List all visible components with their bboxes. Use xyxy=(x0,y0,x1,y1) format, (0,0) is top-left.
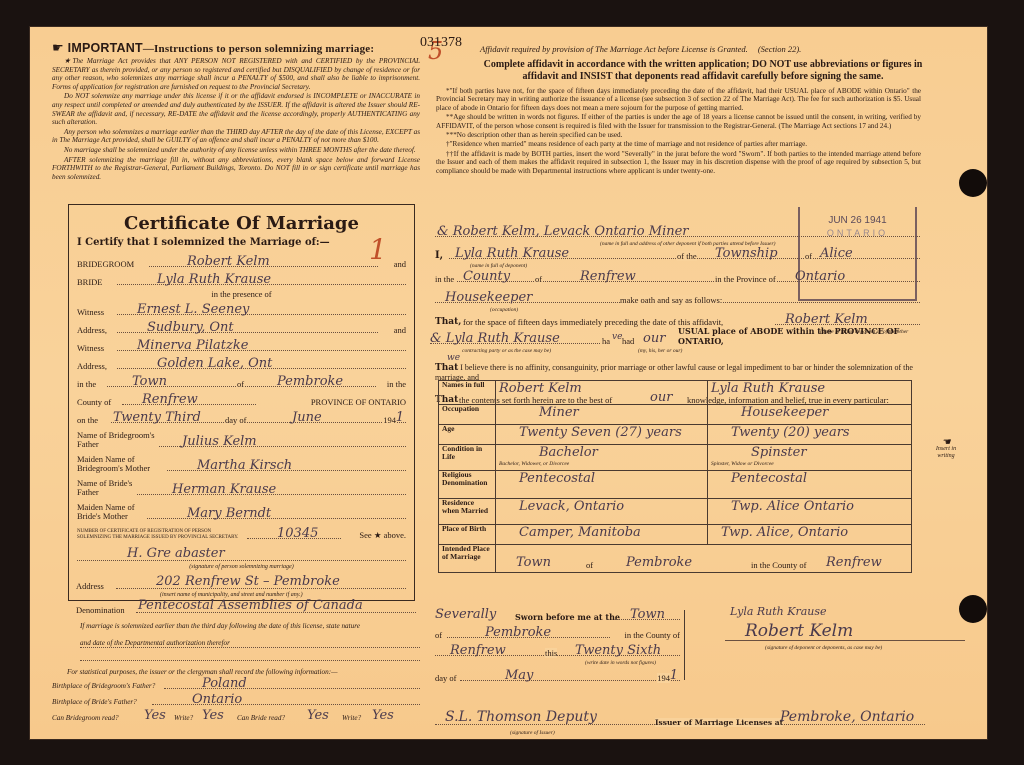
of-the-label: of the xyxy=(677,251,697,261)
that-label: That, xyxy=(435,317,461,327)
that-abode-row: That, for the space of fifteen days imme… xyxy=(435,311,920,327)
jurat-year-suffix-value: 1 xyxy=(670,668,678,683)
pointing-hand-icon: ☚ xyxy=(928,439,964,446)
jurat-place-value: Pembroke xyxy=(485,625,551,640)
bride-signature: Lyla Ruth Krause xyxy=(730,605,827,618)
witness2-label: Witness xyxy=(77,343,104,353)
groom-father-birthplace-value: Poland xyxy=(202,676,247,691)
row-label: Intended Place of Marriage xyxy=(439,545,496,573)
of-label: of xyxy=(237,379,244,389)
instruction-paragraph: ★The Marriage Act provides that ANY PERS… xyxy=(52,57,420,91)
deponent-value: Lyla Ruth Krause xyxy=(455,246,569,261)
bride-cell: Twp. Alice Ontario xyxy=(708,499,912,525)
denomination-row: Denomination Pentecostal Assemblies of C… xyxy=(76,597,416,615)
contracting-party-caption: contracting party or as the case may be) xyxy=(462,347,551,356)
on-the-label: on the xyxy=(77,415,98,425)
marriage-day-value: Twenty Third xyxy=(113,410,201,425)
issuer-signature-caption: (signature of Issuer) xyxy=(510,729,555,738)
address2-label: Address, xyxy=(77,361,107,371)
important-subheading: —Instructions to person solemnizing marr… xyxy=(143,43,374,55)
affidavit-heading-row: Affidavit required by provision of The M… xyxy=(480,44,801,54)
instruction-paragraph: AFTER solemnizing the marriage fill in, … xyxy=(52,156,420,182)
complete-line1: Complete affidavit in accordance with th… xyxy=(438,59,968,71)
bride-condition-value: Spinster xyxy=(751,445,807,460)
day-of-label: day of xyxy=(225,415,246,425)
instruction-paragraph: Any person who solemnizes a marriage ear… xyxy=(52,128,420,145)
section-reference: (Section 22). xyxy=(758,44,801,54)
groom-read-value: Yes xyxy=(144,708,166,723)
bridegroom-value: Robert Kelm xyxy=(187,254,270,269)
early-note-line2: and date of the Departmental authorizati… xyxy=(80,639,230,647)
certificate-title: Certificate Of Marriage xyxy=(69,213,414,234)
groom-condition-value: Bachelor xyxy=(539,445,598,460)
groom-read-label: Can Bridegroom read? xyxy=(52,714,119,723)
deponent-signature-caption: (signature of deponent or deponents, as … xyxy=(765,644,882,653)
note-paragraph: ††If the affidavit is made by BOTH parti… xyxy=(436,150,921,175)
table-row: Occupation Miner Housekeeper xyxy=(439,405,912,425)
bride-cell: Lyla Ruth Krause xyxy=(708,381,912,405)
complete-affidavit-instructions: Complete affidavit in accordance with th… xyxy=(438,59,968,83)
literacy-row: Can Bridegroom read? Yes Write? Yes Can … xyxy=(52,709,420,723)
of-label: of xyxy=(586,560,593,570)
bride-write-value: Yes xyxy=(372,708,394,723)
that-impediment-insert: we xyxy=(447,353,460,363)
province-label: in the Province of xyxy=(715,274,776,284)
location-county-value: Renfrew xyxy=(580,269,636,284)
county-label: in the County of xyxy=(625,630,680,640)
early-note-line2-row: and date of the Departmental authorizati… xyxy=(80,639,420,649)
deponent-township-name-value: Alice xyxy=(820,246,853,261)
punch-hole-bottom xyxy=(959,595,987,623)
table-row: Age Twenty Seven (27) years Twenty (20) … xyxy=(439,425,912,445)
groom-mother-value: Martha Kirsch xyxy=(197,458,292,473)
important-header: ☛ IMPORTANT—Instructions to person solem… xyxy=(52,39,422,57)
serial-number: 031378 xyxy=(420,35,462,51)
instruction-paragraph: Do NOT solemnize any marriage under this… xyxy=(52,92,420,126)
groom-write-value: Yes xyxy=(202,708,224,723)
jurat-county-value: Renfrew xyxy=(450,643,506,658)
ha-value: ve xyxy=(612,332,622,342)
had-value: our xyxy=(643,331,665,346)
in-the-label: in the xyxy=(77,379,96,389)
punch-hole-top xyxy=(959,169,987,197)
county-label: County of xyxy=(77,397,111,407)
row-label: Age xyxy=(439,425,496,445)
address1-label: Address, xyxy=(77,325,107,335)
groom-father-birthplace-row: Birthplace of Bridegroom's Father? Polan… xyxy=(52,677,420,691)
bride-mother-value: Mary Berndt xyxy=(187,506,271,521)
that-abode-row2: & Lyla Ruth Krause ha ve had our USUAL p… xyxy=(430,330,920,346)
issuer-row: S.L. Thomson Deputy Issuer of Marriage L… xyxy=(435,705,925,727)
county-value: Renfrew xyxy=(142,392,198,407)
and-label: and xyxy=(394,259,406,269)
occupation-row: Housekeeper make oath and say as follows… xyxy=(435,289,920,305)
other-deponent-value: & Robert Kelm, Levack Ontario Miner xyxy=(437,224,689,239)
bride-write-label: Write? xyxy=(342,714,361,723)
groom-cell: Pentecostal xyxy=(496,471,708,499)
deponent-signature-row: Robert Kelm xyxy=(725,621,965,643)
officiant-signature-caption: (signature of person solemnizing marriag… xyxy=(69,563,414,572)
this-label: this xyxy=(545,648,557,658)
bride-father-value: Herman Krause xyxy=(172,482,276,497)
address2-value: Golden Lake, Ont xyxy=(157,356,272,371)
groom-cell: Miner xyxy=(496,405,708,425)
groom-write-label: Write? xyxy=(174,714,193,723)
municipality-type-value: Town xyxy=(132,374,167,389)
instructions-block: ★The Marriage Act provides that ANY PERS… xyxy=(52,57,420,182)
groom-mother-row: Maiden Name of Bridegroom's Mother Marth… xyxy=(77,451,406,473)
that-abode-name2-value: & Lyla Ruth Krause xyxy=(430,331,560,346)
marriage-month-value: June xyxy=(292,410,322,425)
deponent-township-value: Township xyxy=(715,246,778,261)
bride-row: BRIDE Lyla Ruth Krause xyxy=(77,271,406,287)
groom-names-value: Robert Kelm xyxy=(499,381,582,396)
bride-mother-label: Maiden Name of Bride's Mother xyxy=(77,503,147,521)
jurat-month-value: May xyxy=(505,668,533,683)
row-label: Place of Birth xyxy=(439,525,496,545)
intended-place-cell: Town of Pembroke in the County of Renfre… xyxy=(496,545,912,573)
denomination-value: Pentecostal Assemblies of Canada xyxy=(138,598,363,613)
bride-occupation-value: Housekeeper xyxy=(741,405,828,420)
occupation-value: Housekeeper xyxy=(445,290,532,305)
table-row: Residence when Married Levack, Ontario T… xyxy=(439,499,912,525)
intended-place-value: Pembroke xyxy=(626,555,692,570)
officiant-address-value: 202 Renfrew St – Pembroke xyxy=(156,574,340,589)
usual-abode-label: USUAL place of ABODE within the PROVINCE… xyxy=(678,326,920,346)
table-row: Intended Place of Marriage Town of Pembr… xyxy=(439,545,912,573)
of-label: of xyxy=(805,251,812,261)
see-above-label: See ★ above. xyxy=(359,530,406,541)
location-county-type-value: County xyxy=(463,269,510,284)
bride-age-value: Twenty (20) years xyxy=(731,425,850,440)
row-label: Residence when Married xyxy=(439,499,496,525)
jurat-of-row: of Pembroke in the County of xyxy=(435,624,680,640)
officiant-address-label: Address xyxy=(76,581,104,591)
witness1-row: Witness Ernest L. Seeney xyxy=(77,301,406,317)
and-label: and xyxy=(394,325,406,335)
marriage-date-row: on the Twenty Third day of June 194 1 xyxy=(77,409,406,425)
groom-cell: Robert Kelm xyxy=(496,381,708,405)
row-label: Religious Denomination xyxy=(439,471,496,499)
of-label: of xyxy=(535,274,542,284)
note-paragraph: ***No description other than as herein s… xyxy=(436,131,921,139)
bride-label: BRIDE xyxy=(77,277,103,287)
table-row: Place of Birth Camper, Manitoba Twp. Ali… xyxy=(439,525,912,545)
year-prefix: 194 xyxy=(383,415,396,425)
address1-row: Address, Sudbury, Ont and xyxy=(77,319,406,335)
registration-label: NUMBER OF CERTIFICATE OF REGISTRATION OF… xyxy=(77,529,242,541)
bride-father-birthplace-value: Ontario xyxy=(192,692,242,707)
issuer-signature: S.L. Thomson Deputy xyxy=(445,709,597,725)
jurat-divider xyxy=(684,610,685,680)
early-marriage-note: If marriage is solemnized earlier than t… xyxy=(80,622,420,661)
deponent-prefix: I, xyxy=(435,250,443,261)
in-the-label: in the xyxy=(435,274,454,284)
table-row: Names in full Robert Kelm Lyla Ruth Krau… xyxy=(439,381,912,405)
row-label: Condition in Life xyxy=(439,445,496,471)
early-note-line1: If marriage is solemnized earlier than t… xyxy=(80,622,420,631)
bride-father-birthplace-row: Birthplace of Bride's Father? Ontario xyxy=(52,693,420,707)
municipality-row: in the Town of Pembroke in the xyxy=(77,373,406,389)
bride-read-value: Yes xyxy=(307,708,329,723)
bride-cell: Housekeeper xyxy=(708,405,912,425)
had-caption: (my, his, her or our) xyxy=(638,347,682,356)
officiant-signature-row: H. Gre abaster xyxy=(77,545,406,563)
jurat-sworn-row: Severally Sworn before me at the Town xyxy=(435,604,680,622)
groom-cell: Levack, Ontario xyxy=(496,499,708,525)
issuer-place-value: Pembroke, Ontario xyxy=(780,709,914,725)
county-label: in the County of xyxy=(751,560,806,570)
row-label: Occupation xyxy=(439,405,496,425)
note-paragraph: †"Residence when married" means residenc… xyxy=(436,140,921,148)
groom-cell: Twenty Seven (27) years xyxy=(496,425,708,445)
groom-signature: Robert Kelm xyxy=(745,621,853,641)
presence-label: in the presence of xyxy=(69,289,414,299)
bride-residence-value: Twp. Alice Ontario xyxy=(731,499,854,514)
that-label: That xyxy=(435,363,458,373)
early-note-blank-line xyxy=(80,648,420,661)
bride-mother-row: Maiden Name of Bride's Mother Mary Bernd… xyxy=(77,499,406,521)
groom-birthplace-value: Camper, Manitoba xyxy=(519,525,641,540)
address1-value: Sudbury, Ont xyxy=(147,320,234,335)
bride-religion-value: Pentecostal xyxy=(731,471,807,486)
marriage-license-document: ☛ IMPORTANT—Instructions to person solem… xyxy=(30,27,987,739)
bridegroom-row: BRIDEGROOM Robert Kelm and xyxy=(77,253,406,269)
groom-father-birthplace-label: Birthplace of Bridegroom's Father? xyxy=(52,682,155,691)
intended-type-value: Town xyxy=(516,555,551,570)
groom-residence-value: Levack, Ontario xyxy=(519,499,624,514)
instruction-paragraph: No marriage shall be solemnized under th… xyxy=(52,146,420,155)
note-paragraph: *"If both parties have not, for the spac… xyxy=(436,87,921,112)
bride-father-row: Name of Bride's Father Herman Krause xyxy=(77,475,406,497)
table-row: Religious Denomination Pentecostal Pente… xyxy=(439,471,912,499)
officiant-address-row: Address 202 Renfrew St – Pembroke xyxy=(76,573,406,591)
bride-value: Lyla Ruth Krause xyxy=(157,272,271,287)
issuer-label: Issuer of Marriage Licenses at xyxy=(655,718,783,727)
registration-row: NUMBER OF CERTIFICATE OF REGISTRATION OF… xyxy=(77,523,406,541)
row-label: Names in full xyxy=(439,381,496,405)
intended-county-value: Renfrew xyxy=(826,555,882,570)
location-row: in the County of Renfrew in the Province… xyxy=(435,268,920,284)
table-row: Condition in Life BachelorBachelor, Wido… xyxy=(439,445,912,471)
year-suffix-value: 1 xyxy=(396,410,404,425)
witness1-label: Witness xyxy=(77,307,104,317)
affidavit-notes: *"If both parties have not, for the spac… xyxy=(436,87,921,176)
groom-father-row: Name of Bridegroom's Father Julius Kelm xyxy=(77,427,406,449)
that-abode-name-value: Robert Kelm xyxy=(785,312,868,327)
address2-row: Address, Golden Lake, Ont xyxy=(77,355,406,371)
make-oath-label: make oath and say as follows: xyxy=(620,295,722,305)
location-province-value: Ontario xyxy=(795,269,845,284)
groom-occupation-value: Miner xyxy=(539,405,579,420)
groom-father-label: Name of Bridegroom's Father xyxy=(77,431,157,449)
jurat-month-row: day of May 194 1 xyxy=(435,667,680,683)
denomination-label: Denomination xyxy=(76,605,125,615)
had-label: had xyxy=(622,336,634,346)
certify-line: I Certify that I solemnized the Marriage… xyxy=(77,237,414,248)
insert-in-writing-note: ☚ Insert in writing xyxy=(928,439,964,460)
registration-number-value: 10345 xyxy=(277,526,318,541)
groom-religion-value: Pentecostal xyxy=(519,471,595,486)
note-paragraph: **Age should be written in words not fig… xyxy=(436,113,921,130)
bride-cell: Pentecostal xyxy=(708,471,912,499)
jurat-day-value: Twenty Sixth xyxy=(575,643,661,658)
groom-age-value: Twenty Seven (27) years xyxy=(519,425,682,440)
sworn-at-value: Town xyxy=(630,607,665,622)
bride-cell: Twp. Alice, Ontario xyxy=(708,525,912,545)
bride-cell: SpinsterSpinster, Widow or Divorcee xyxy=(708,445,912,471)
pointing-hand-icon: ☛ xyxy=(52,40,64,55)
groom-condition-caption: Bachelor, Widower, or Divorcee xyxy=(499,460,704,469)
groom-cell: Camper, Manitoba xyxy=(496,525,708,545)
severally-value: Severally xyxy=(435,607,496,622)
officiant-signature-value: H. Gre abaster xyxy=(127,546,225,561)
sworn-label: Sworn before me at the xyxy=(515,612,620,622)
ha-label: ha xyxy=(602,336,610,346)
bride-father-label: Name of Bride's Father xyxy=(77,479,137,497)
bride-condition-caption: Spinster, Widow or Divorcee xyxy=(711,460,908,469)
day-of-label: day of xyxy=(435,673,456,683)
particulars-table: Names in full Robert Kelm Lyla Ruth Krau… xyxy=(438,380,912,573)
jurat-county-row: Renfrew this Twenty Sixth xyxy=(435,642,680,658)
bride-read-label: Can Bride read? xyxy=(237,714,285,723)
county-row: County of Renfrew PROVINCE OF ONTARIO xyxy=(77,391,406,407)
other-deponent-row: & Robert Kelm, Levack Ontario Miner xyxy=(435,223,920,239)
bride-cell: Twenty (20) years xyxy=(708,425,912,445)
bridegroom-label: BRIDEGROOM xyxy=(77,259,134,269)
province-label: PROVINCE OF ONTARIO xyxy=(311,397,406,407)
important-heading: IMPORTANT xyxy=(68,41,143,55)
complete-line2: affidavit and INSIST that deponents read… xyxy=(438,71,968,83)
in-the-label: in the xyxy=(387,379,406,389)
deponent-row: I, Lyla Ruth Krause of the Township of A… xyxy=(435,245,920,261)
bride-father-birthplace-label: Birthplace of Bride's Father? xyxy=(52,698,137,707)
witness1-value: Ernest L. Seeney xyxy=(137,302,249,317)
groom-cell: BachelorBachelor, Widower, or Divorcee xyxy=(496,445,708,471)
bride-birthplace-value: Twp. Alice, Ontario xyxy=(721,525,848,540)
of-label: of xyxy=(435,630,442,640)
groom-father-value: Julius Kelm xyxy=(182,434,257,449)
certificate-of-marriage: Certificate Of Marriage I Certify that I… xyxy=(68,204,415,601)
affidavit-heading: Affidavit required by provision of The M… xyxy=(480,44,748,54)
witness2-row: Witness Minerva Pilatzke xyxy=(77,337,406,353)
municipality-name-value: Pembroke xyxy=(277,374,343,389)
bride-names-value: Lyla Ruth Krause xyxy=(711,381,825,396)
insert-note: Insert in writing xyxy=(928,446,964,460)
year-prefix: 194 xyxy=(657,673,670,683)
groom-mother-label: Maiden Name of Bridegroom's Mother xyxy=(77,455,167,473)
witness2-value: Minerva Pilatzke xyxy=(137,338,248,353)
